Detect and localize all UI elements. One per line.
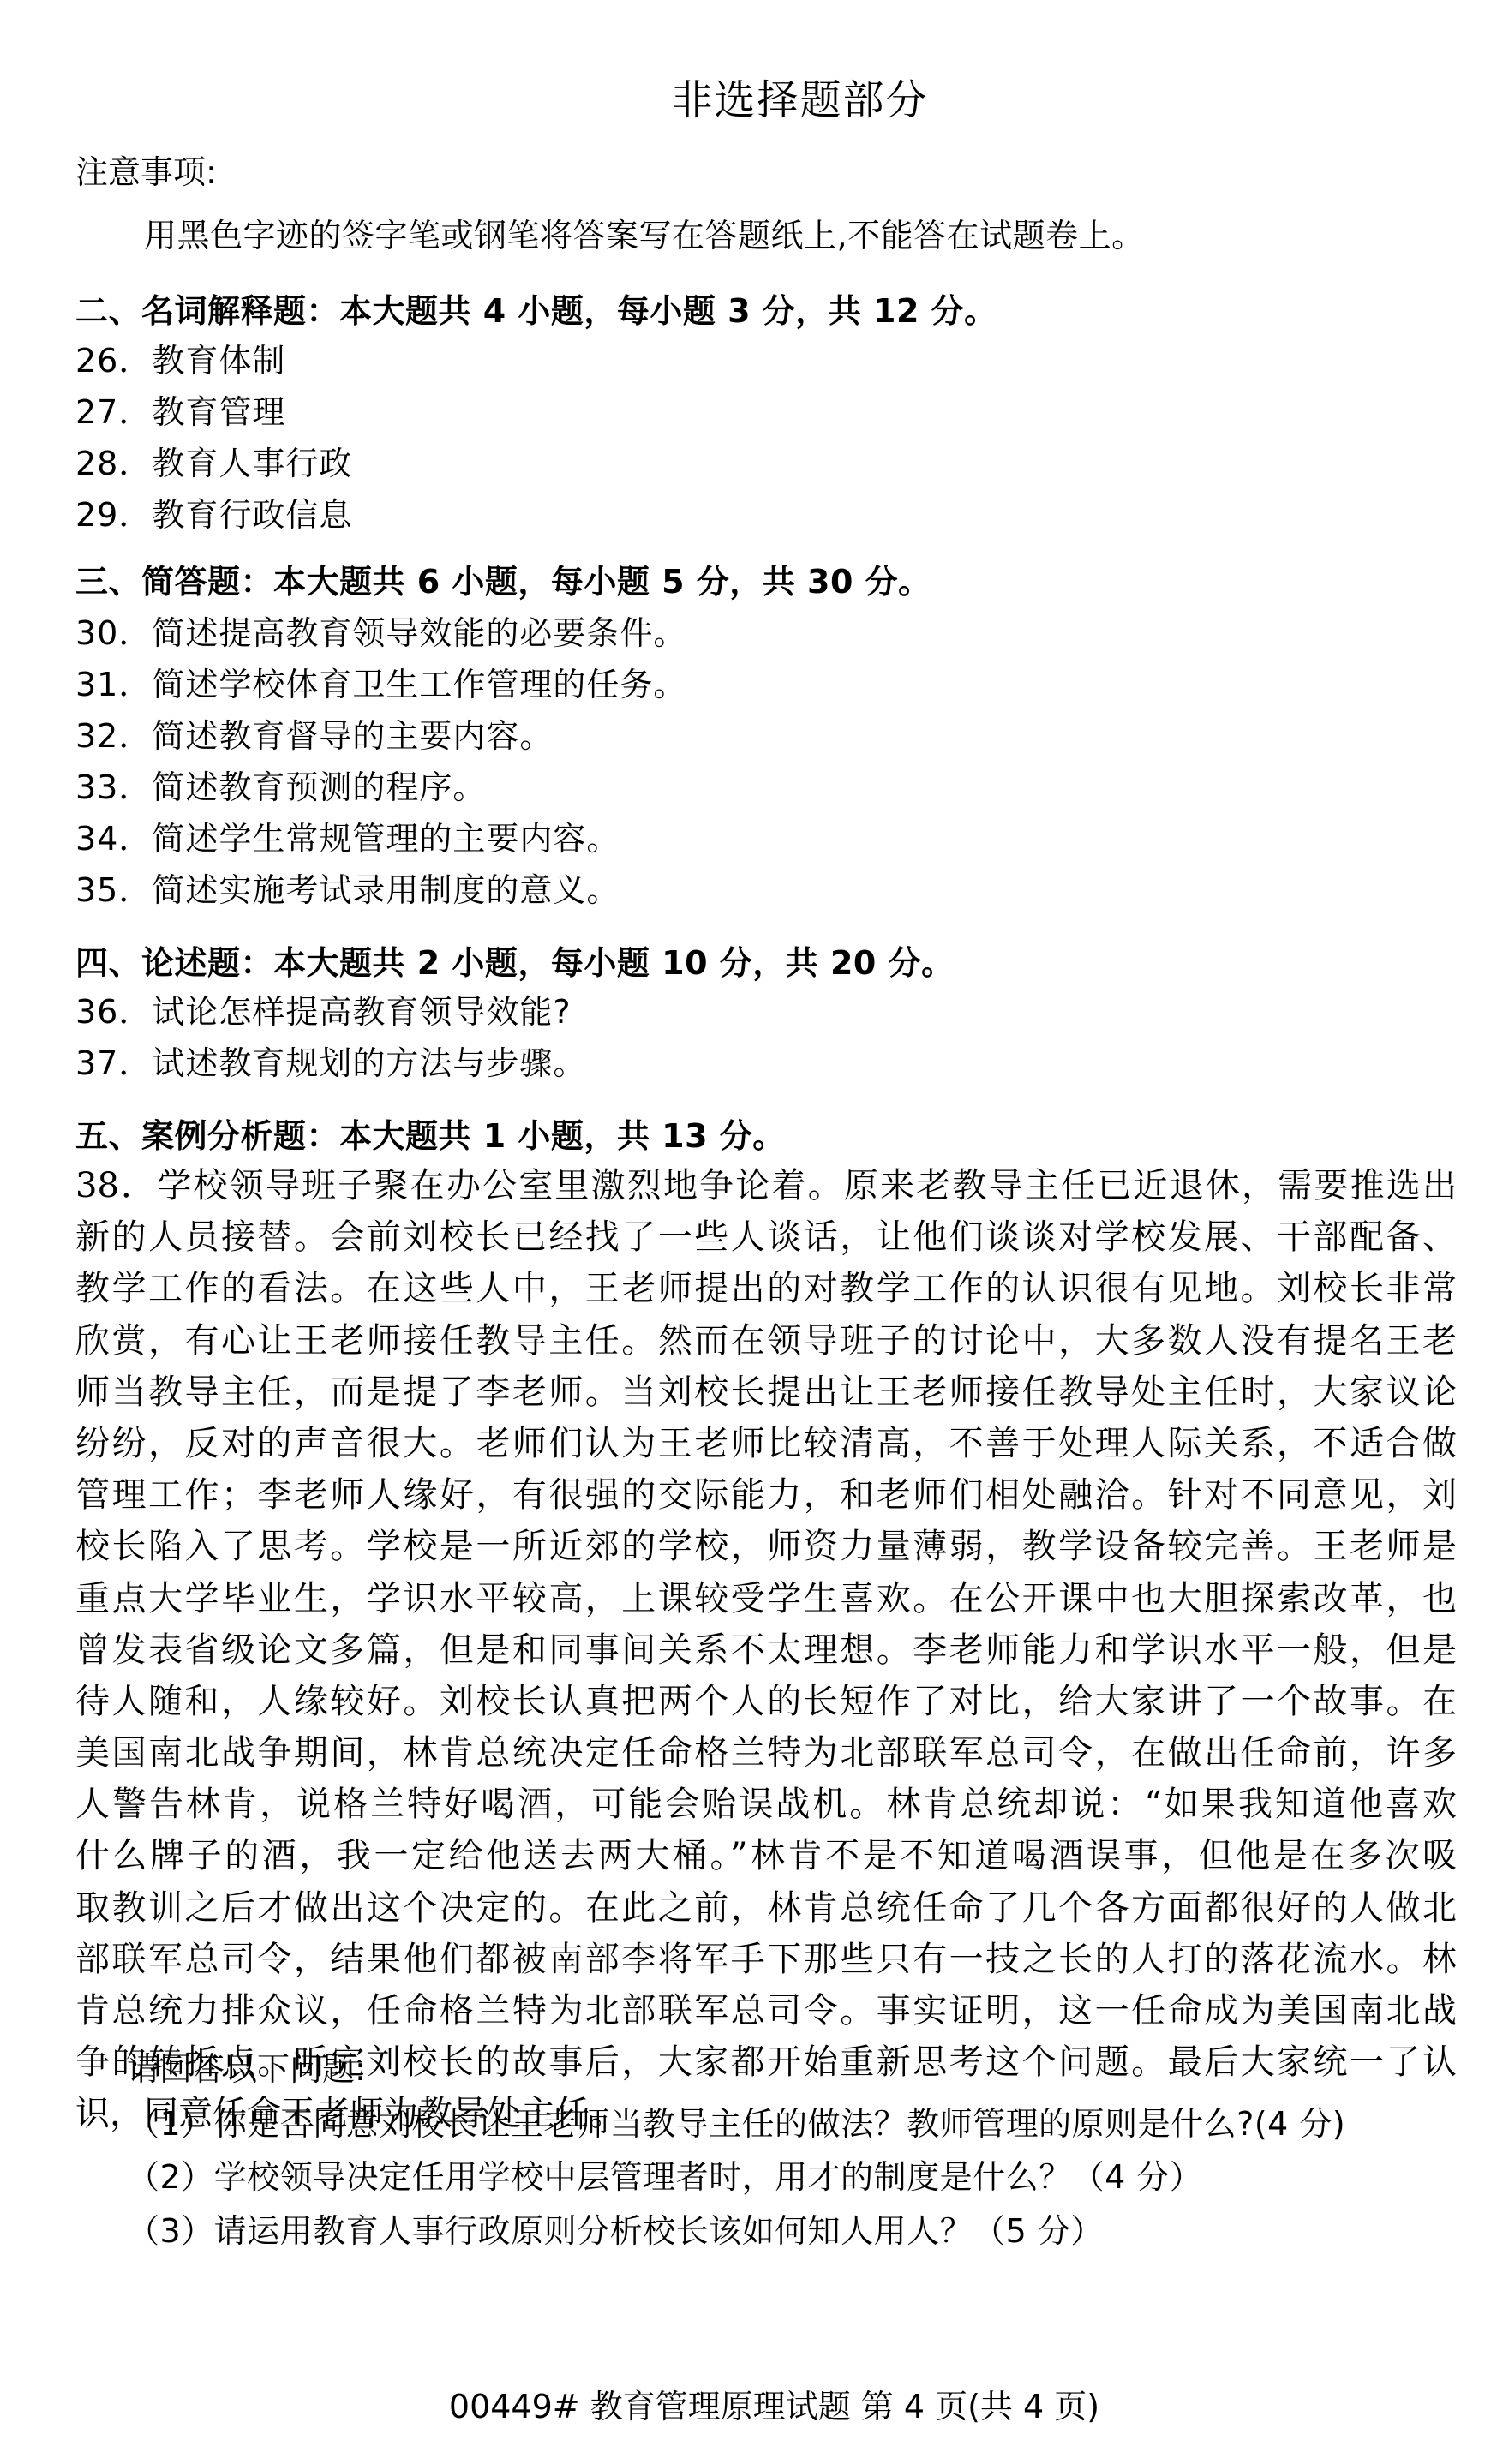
question-item: 36．试论怎样提高教育领导效能? [75, 985, 572, 1032]
case-line: 肯总统力排众议，任命格兰特为北部联军总司令。事实证明，这一任命成为美国南北战 [75, 1985, 1457, 2036]
sub-question: （3）请运用教育人事行政原则分析校长该如何知人用人？（5 分） [127, 2204, 1104, 2252]
sub-question: （2）学校领导决定任用学校中层管理者时，用才的制度是什么？（4 分） [127, 2150, 1202, 2198]
case-line: 美国南北战争期间，林肯总统决定任命格兰特为北部联军总司令，在做出任命前，许多 [75, 1727, 1457, 1779]
question-item: 34．简述学生常规管理的主要内容。 [75, 812, 620, 859]
question-item: 31．简述学校体育卫生工作管理的任务。 [75, 658, 686, 705]
question-item: 35．简述实施考试录用制度的意义。 [75, 864, 620, 911]
question-item: 30．简述提高教育领导效能的必要条件。 [75, 607, 686, 654]
page-title: 非选择题部分 [0, 67, 1497, 126]
notice-text: 用黑色字迹的签字笔或钢笔将答案写在答题纸上,不能答在试题卷上。 [144, 209, 1145, 256]
question-item: 28．教育人事行政 [75, 437, 352, 484]
case-line: 管理工作；李老师人缘好，有很强的交际能力，和老师们相处融洽。针对不同意见，刘 [75, 1469, 1457, 1521]
case-line: 新的人员接替。会前刘校长已经找了一些人谈话，让他们谈谈对学校发展、干部配备、 [75, 1211, 1457, 1263]
case-line: 欣赏，有心让王老师接任教导主任。然而在领导班子的讨论中，大多数人没有提名王老 [75, 1315, 1457, 1367]
question-item: 27．教育管理 [75, 386, 285, 433]
section-heading-essay: 四、论述题：本大题共 2 小题，每小题 10 分，共 20 分。 [75, 936, 955, 984]
question-item: 37．试述教育规划的方法与步骤。 [75, 1037, 586, 1084]
case-line: 部联军总司令，结果他们都被南部李将军手下那些只有一技之长的人打的落花流水。林 [75, 1934, 1457, 1985]
question-item: 33．简述教育预测的程序。 [75, 761, 486, 808]
section-heading-case-analysis: 五、案例分析题：本大题共 1 小题，共 13 分。 [75, 1109, 786, 1157]
question-item: 26．教育体制 [75, 334, 285, 381]
question-item: 29．教育行政信息 [75, 488, 352, 535]
case-line: 校长陷入了思考。学校是一所近郊的学校，师资力量薄弱，教学设备较完善。王老师是 [75, 1521, 1457, 1572]
case-line: 纷纷，反对的声音很大。老师们认为王老师比较清高，不善于处理人际关系，不适合做 [75, 1418, 1457, 1469]
page-footer: 00449# 教育管理原理试题 第 4 页(共 4 页) [0, 2380, 1497, 2427]
case-line: 教学工作的看法。在这些人中，王老师提出的对教学工作的认识很有见地。刘校长非常 [75, 1263, 1457, 1314]
case-line: 重点大学毕业生，学识水平较高，上课较受学生喜欢。在公开课中也大胆探索改革，也 [75, 1573, 1457, 1624]
case-line: 什么牌子的酒，我一定给他送去两大桶。”林肯不是不知道喝酒误事，但他是在多次吸 [75, 1830, 1457, 1881]
sub-question: （1）你是否同意刘校长让王老师当教导主任的做法？教师管理的原则是什么?(4 分) [127, 2097, 1345, 2144]
case-line: 待人随和，人缘较好。刘校长认真把两个人的长短作了对比，给大家讲了一个故事。在 [75, 1676, 1457, 1727]
question-item: 32．简述教育督导的主要内容。 [75, 709, 553, 757]
case-line: 取教训之后才做出这个决定的。在此之前，林肯总统任命了几个各方面都很好的人做北 [75, 1882, 1457, 1934]
case-line: 38．学校领导班子聚在办公室里激烈地争论着。原来老教导主任已近退休，需要推选出 [75, 1160, 1457, 1211]
case-line: 师当教导主任，而是提了李老师。当刘校长提出让王老师接任教导处主任时，大家议论 [75, 1367, 1457, 1418]
exam-page: 非选择题部分 注意事项: 用黑色字迹的签字笔或钢笔将答案写在答题纸上,不能答在试… [0, 0, 1497, 2464]
notice-label: 注意事项: [75, 146, 217, 193]
case-line: 曾发表省级论文多篇，但是和同事间关系不太理想。李老师能力和学识水平一般，但是 [75, 1624, 1457, 1676]
section-heading-short-answer: 三、简答题：本大题共 6 小题，每小题 5 分，共 30 分。 [75, 555, 931, 602]
section-heading-term-definitions: 二、名词解释题：本大题共 4 小题，每小题 3 分，共 12 分。 [75, 284, 997, 332]
answer-prompt: 请回答以下问题: [127, 2042, 366, 2090]
case-passage: 38．学校领导班子聚在办公室里激烈地争论着。原来老教导主任已近退休，需要推选出 … [75, 1160, 1464, 2140]
case-line: 人警告林肯，说格兰特好喝酒，可能会贻误战机。林肯总统却说：“如果我知道他喜欢 [75, 1779, 1457, 1830]
